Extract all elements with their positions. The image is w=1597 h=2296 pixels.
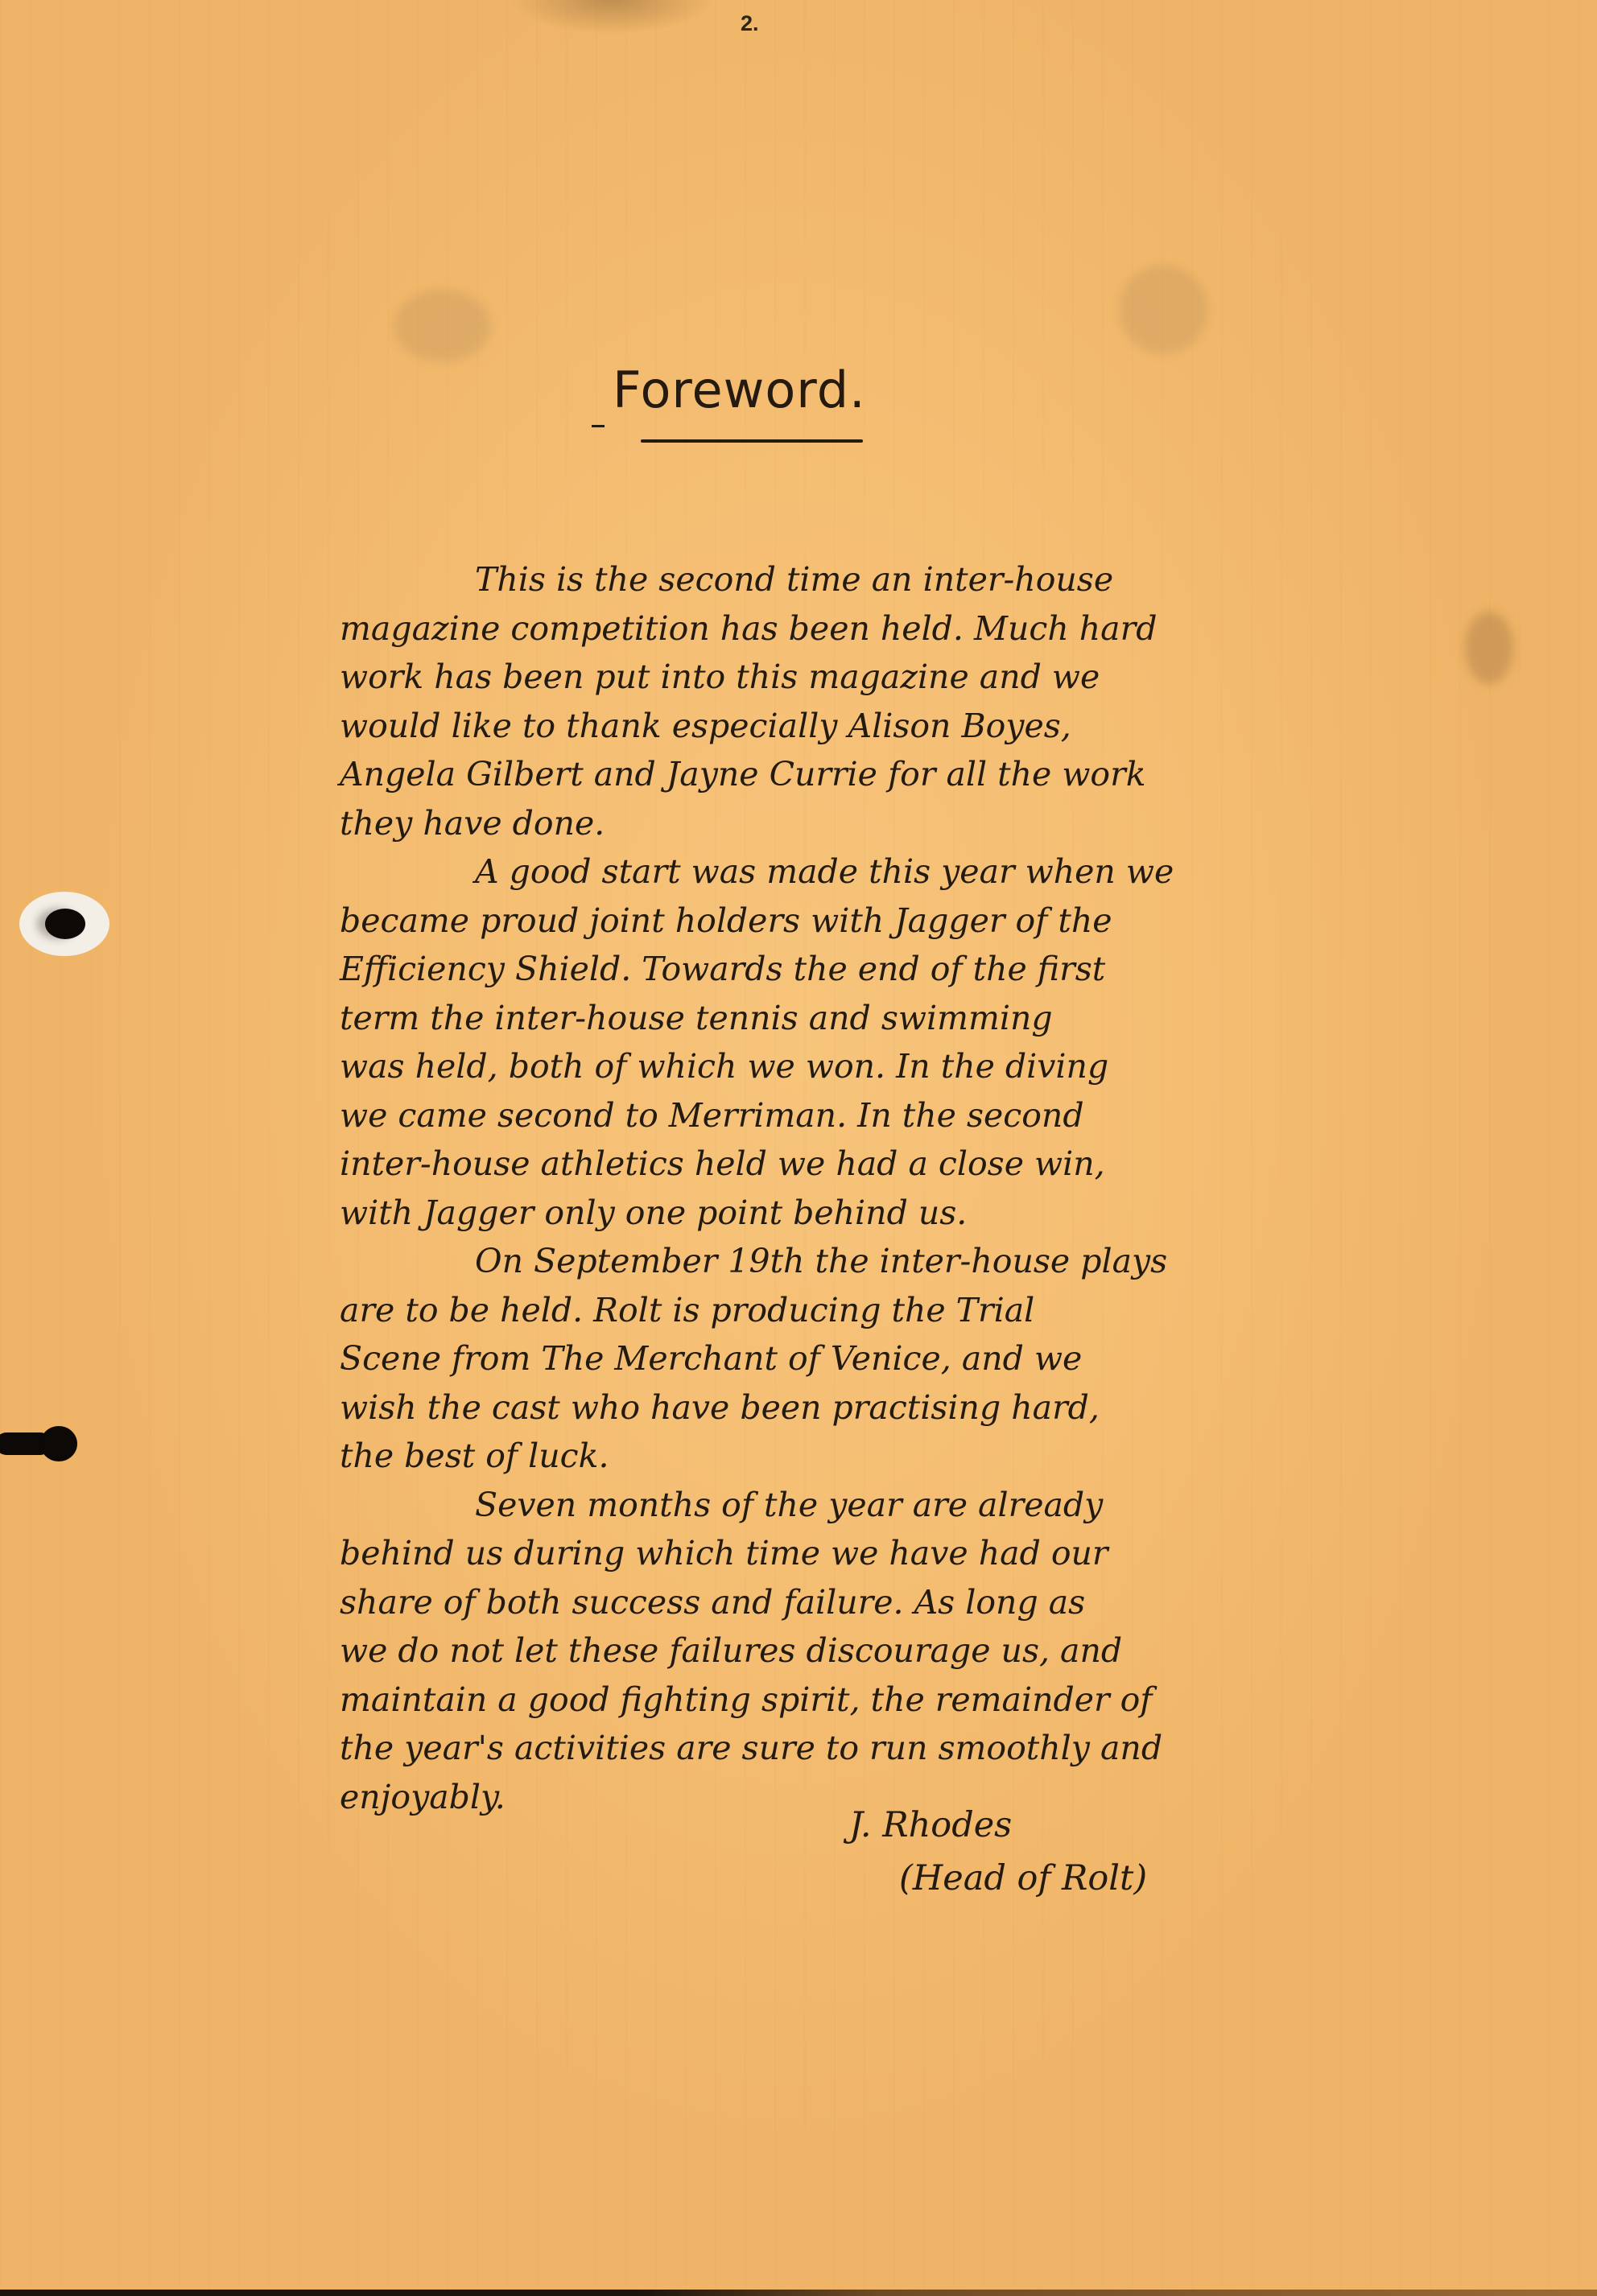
signature-name: J. Rhodes <box>849 1799 1147 1852</box>
text-line: This is the second time an inter-house <box>340 555 1290 604</box>
page-title: Foreword. <box>592 361 866 419</box>
text-line: Seven months of the year are already <box>340 1481 1290 1530</box>
text-line: was held, both of which we won. In the d… <box>340 1042 1290 1091</box>
page-number: 2. <box>741 11 759 36</box>
text-line: A good start was made this year when we <box>340 847 1290 897</box>
text-line: inter-house athletics held we had a clos… <box>340 1140 1290 1189</box>
scanned-page: 2. Foreword. This is the second time an … <box>0 0 1597 2296</box>
scan-edge <box>0 2290 1597 2296</box>
punch-hole-icon <box>19 892 109 956</box>
text-line: magazine competition has been held. Much… <box>340 604 1290 653</box>
paper-smudge <box>1465 612 1513 684</box>
text-line: Scene from The Merchant of Venice, and w… <box>340 1334 1290 1383</box>
text-line: they have done. <box>340 799 1290 848</box>
signature-role: (Head of Rolt) <box>849 1852 1147 1905</box>
text-line: became proud joint holders with Jagger o… <box>340 897 1290 946</box>
text-line: with Jagger only one point behind us. <box>340 1189 1290 1238</box>
title-underline <box>641 439 863 443</box>
signature-block: J. Rhodes (Head of Rolt) <box>849 1799 1147 1905</box>
text-line: maintain a good fighting spirit, the rem… <box>340 1676 1290 1725</box>
text-line: the year's activities are sure to run sm… <box>340 1724 1290 1773</box>
text-line: work has been put into this magazine and… <box>340 653 1290 702</box>
text-line: On September 19th the inter-house plays <box>340 1237 1290 1286</box>
text-line: Angela Gilbert and Jayne Currie for all … <box>340 750 1290 799</box>
text-line: wish the cast who have been practising h… <box>340 1383 1290 1432</box>
text-line: share of both success and failure. As lo… <box>340 1578 1290 1627</box>
paper-smudge <box>394 290 491 362</box>
text-line: we came second to Merriman. In the secon… <box>340 1091 1290 1140</box>
text-line: term the inter-house tennis and swimming <box>340 994 1290 1043</box>
text-line: the best of luck. <box>340 1432 1290 1481</box>
text-line: would like to thank especially Alison Bo… <box>340 702 1290 751</box>
binder-clip-icon <box>0 1426 84 1466</box>
foreword-body: This is the second time an inter-house m… <box>340 555 1290 1821</box>
text-line: are to be held. Rolt is producing the Tr… <box>340 1286 1290 1335</box>
text-line: we do not let these failures discourage … <box>340 1626 1290 1676</box>
text-line: behind us during which time we have had … <box>340 1529 1290 1578</box>
paper-smudge <box>1119 266 1207 354</box>
text-line: Efficiency Shield. Towards the end of th… <box>340 945 1290 994</box>
